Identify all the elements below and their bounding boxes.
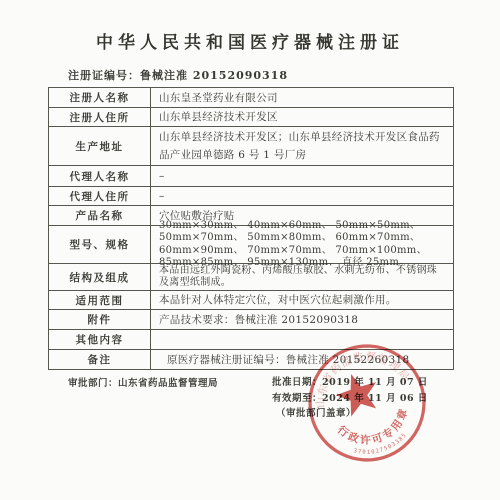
table-row: 型号、规格 30mm×30mm、 40mm×60mm、 50mm×50mm、 5… <box>49 226 453 264</box>
row-label: 结构及组成 <box>49 264 151 290</box>
table-row: 备注 原医疗器械注册证编号：鲁械注准 20152260318 <box>49 350 453 369</box>
table-row: 附件 产品技术要求：鲁械注准 20152090318 <box>49 310 453 330</box>
row-label: 注册人名称 <box>49 88 151 107</box>
approval-date: 批准日期：2019 年 11 月 07 日 <box>272 375 428 391</box>
row-label: 备注 <box>49 350 151 369</box>
svg-text:3701027503385: 3701027503385 <box>351 431 411 462</box>
row-label: 代理人名称 <box>49 166 151 186</box>
certificate-table: 注册人名称 山东皇圣堂药业有限公司 注册人住所 山东单县经济技术开发区 生产地址… <box>48 87 454 370</box>
row-value: 山东单县经济技术开发区 <box>151 108 453 126</box>
certificate-number-label: 注册证编号： <box>68 69 140 82</box>
row-value <box>151 330 453 349</box>
seal-note: （审批部门盖章） <box>272 406 428 422</box>
table-row: 注册人名称 山东皇圣堂药业有限公司 <box>49 88 453 108</box>
row-value: 山东单县经济技术开发区；山东单县经济技术开发区食品药品产业园单德路 6 号 1 … <box>151 127 453 165</box>
row-label: 型号、规格 <box>49 226 151 263</box>
row-value: – <box>151 187 453 205</box>
table-row: 其他内容 <box>49 330 453 350</box>
table-row: 结构及组成 本品由远红外陶瓷粉、丙烯酸压敏胶、水刺无纺布、不锈钢珠及离型纸制成。 <box>49 264 453 291</box>
row-label: 附件 <box>49 310 151 329</box>
row-label: 生产地址 <box>49 127 151 165</box>
certificate-number-line: 注册证编号：鲁械注准 20152090318 <box>68 67 288 83</box>
certificate-number-value: 鲁械注准 20152090318 <box>140 69 288 82</box>
seal-serial-number: 3701027503385 <box>351 431 411 462</box>
row-value: 产品技术要求：鲁械注准 20152090318 <box>151 310 453 329</box>
page-title: 中华人民共和国医疗器械注册证 <box>0 28 500 53</box>
row-value: – <box>151 166 453 186</box>
row-value: 原医疗器械注册证编号：鲁械注准 20152260318 <box>151 350 453 369</box>
row-label: 注册人住所 <box>49 108 151 126</box>
row-value: 本品针对人体特定穴位，对中医穴位起刺激作用。 <box>151 291 453 309</box>
row-label: 代理人住所 <box>49 187 151 205</box>
approval-department: 审批部门：山东省药品监督管理局 <box>68 375 218 389</box>
row-value: 山东皇圣堂药业有限公司 <box>151 88 453 107</box>
row-label: 其他内容 <box>49 330 151 349</box>
row-label: 产品名称 <box>49 206 151 225</box>
valid-until-date: 有效期至：2024 年 11 月 06 日 <box>272 391 428 407</box>
row-label: 适用范围 <box>49 291 151 309</box>
table-row: 注册人住所 山东单县经济技术开发区 <box>49 108 453 127</box>
certificate-page: { "title": "中华人民共和国医疗器械注册证", "cert_no_li… <box>0 0 500 500</box>
table-row: 生产地址 山东单县经济技术开发区；山东单县经济技术开发区食品药品产业园单德路 6… <box>49 127 453 166</box>
table-row: 适用范围 本品针对人体特定穴位，对中医穴位起刺激作用。 <box>49 291 453 310</box>
footer-dates: 批准日期：2019 年 11 月 07 日 有效期至：2024 年 11 月 0… <box>272 375 428 422</box>
table-row: 代理人住所 – <box>49 187 453 206</box>
row-value: 本品由远红外陶瓷粉、丙烯酸压敏胶、水刺无纺布、不锈钢珠及离型纸制成。 <box>151 264 453 290</box>
row-value: 30mm×30mm、 40mm×60mm、 50mm×50mm、 50mm×70… <box>151 226 453 263</box>
table-row: 代理人名称 – <box>49 166 453 187</box>
